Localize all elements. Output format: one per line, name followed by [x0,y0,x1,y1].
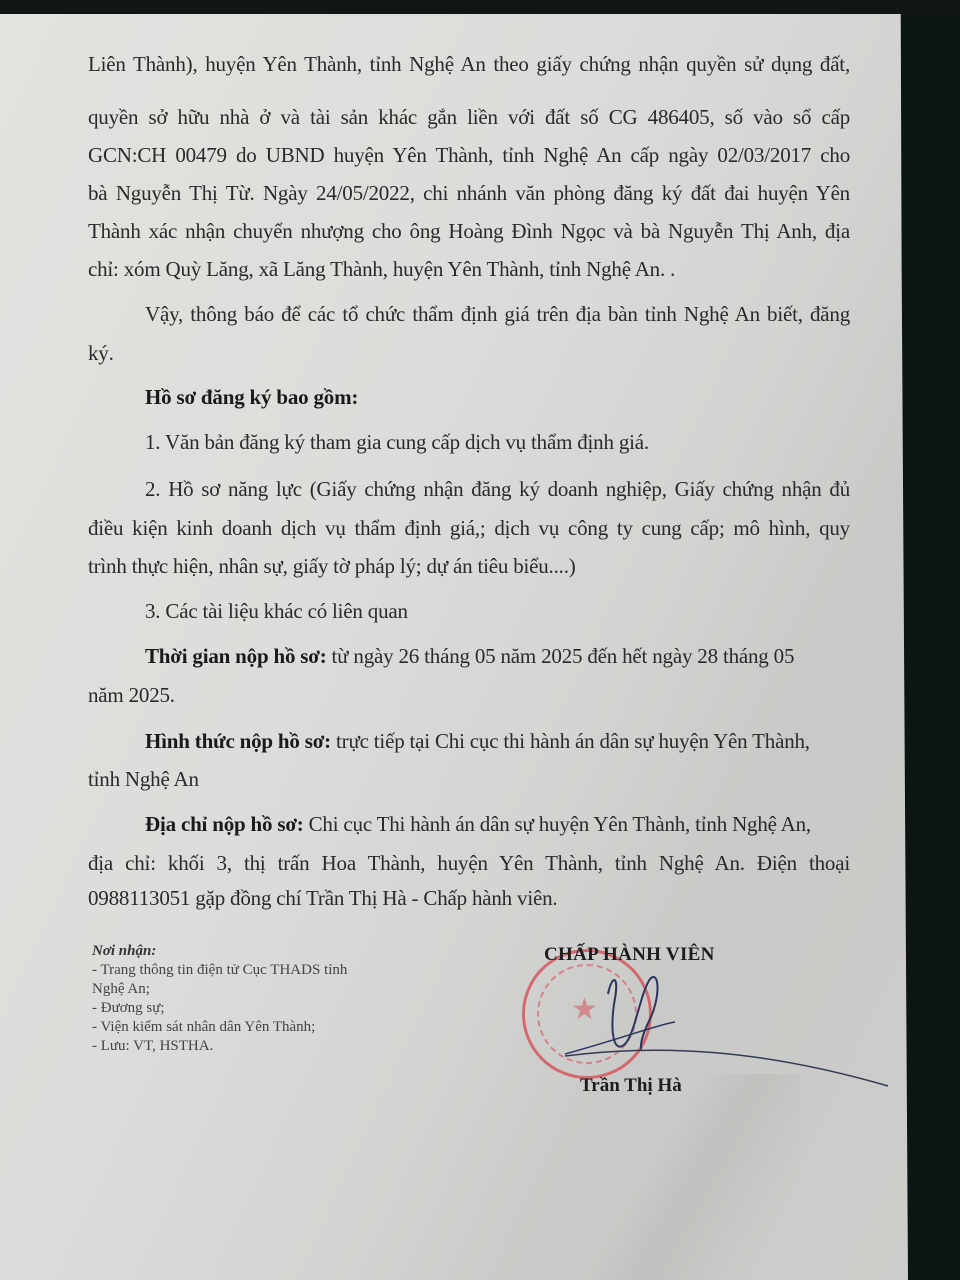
handwritten-signature-icon [0,14,908,1280]
background-top [0,0,960,16]
signer-name: Trần Thị Hà [580,1075,682,1097]
document-page: Liên Thành), huyện Yên Thành, tỉnh Nghệ … [0,14,908,1280]
